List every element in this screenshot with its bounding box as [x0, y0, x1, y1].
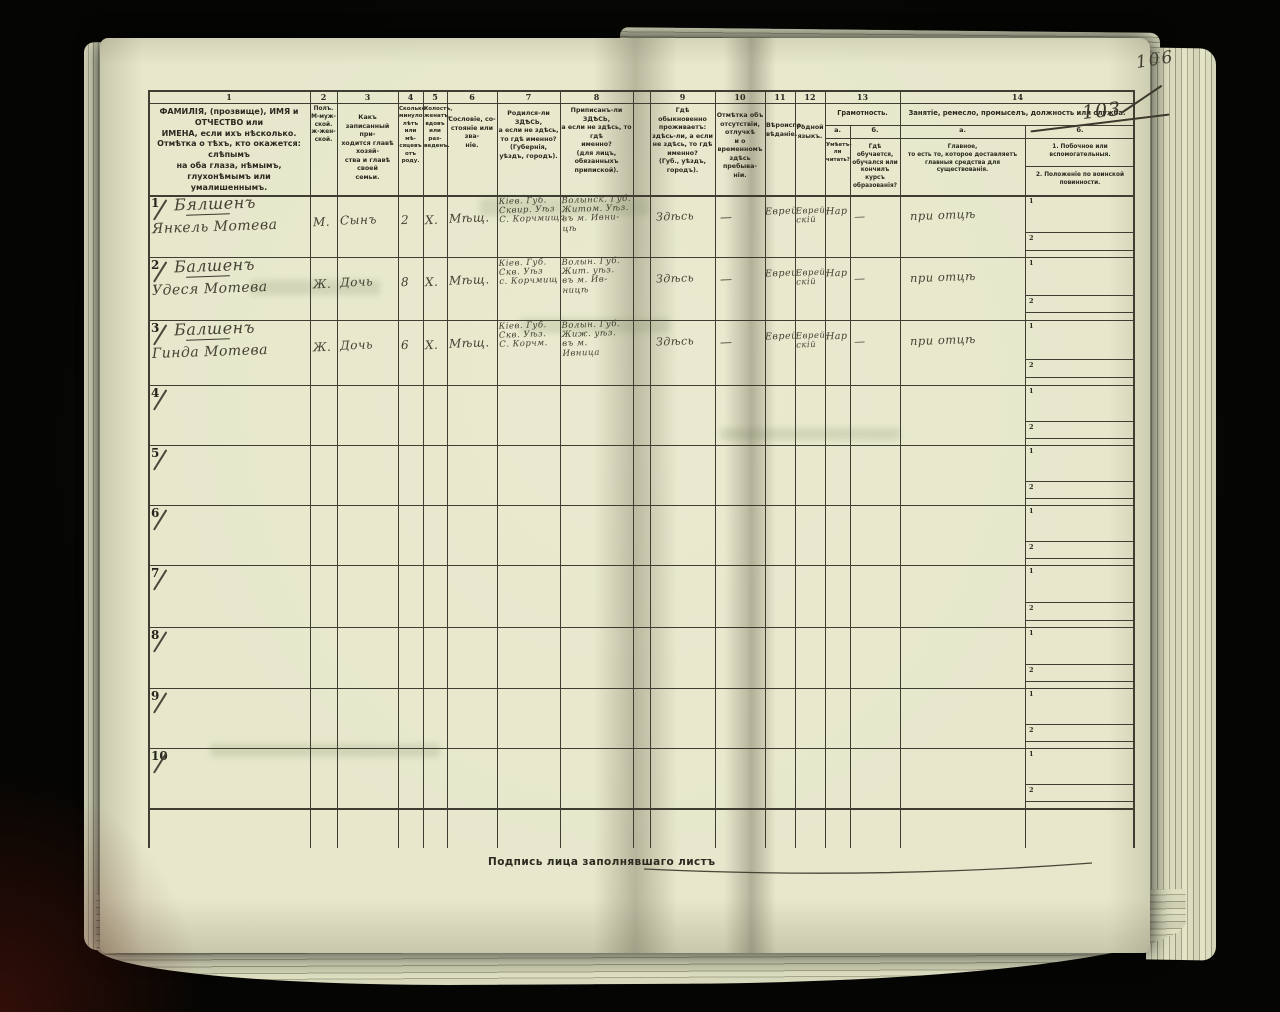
table-rule-horizontal: [148, 195, 1135, 197]
surname-underline: [186, 275, 230, 278]
occupation-subrow-number: 1: [1029, 387, 1034, 395]
occupation-subrow-number: 1: [1029, 567, 1034, 575]
column-number: 9: [650, 92, 715, 102]
census-table: 1234567891011121314ФАМИЛІЯ, (прозвище), …: [148, 90, 1135, 896]
header-name-column: ФАМИЛІЯ, (прозвище), ИМЯ и ОТЧЕСТВО или …: [152, 107, 306, 193]
header-literacy-school: Гдѣ обучается, обучался или кончилъ курс…: [852, 144, 898, 191]
table-rule-horizontal: [1025, 801, 1135, 802]
table-rule-vertical: [398, 90, 399, 848]
table-rule-horizontal: [1025, 250, 1135, 251]
entry-surname: Балшенъ: [174, 256, 255, 276]
entry-registration-place: Волынск. Губ. Житом. Уѣз. въ м. Ивни- цѣ: [561, 195, 632, 234]
table-rule-horizontal: [148, 385, 1135, 386]
table-rule-horizontal: [1025, 681, 1135, 682]
occupation-subrow-number: 1: [1029, 690, 1034, 698]
entry-birthplace: Кіев. Губ. Скв. Уѣз с. Корчмищ: [499, 258, 559, 288]
entry-occupation: при отцѣ: [910, 208, 976, 223]
row-number: 2: [151, 258, 159, 272]
header-estate-column: Сословіе, со- стояніе или зва- ніе.: [448, 116, 496, 150]
table-rule-horizontal: [148, 565, 1135, 566]
column-number: 1: [148, 92, 310, 102]
header-literacy-b-label: б.: [850, 126, 900, 135]
header-age-column: Сколько минуло лѣтъ или мѣ- сяцевъ отъ р…: [399, 106, 422, 165]
entry-estate: Мѣщ.: [449, 336, 490, 350]
occupation-subrow-number: 2: [1029, 666, 1034, 674]
occupation-subrow-number: 2: [1029, 543, 1034, 551]
entry-relation-to-head: Дочь: [340, 338, 373, 352]
table-rule-horizontal: [148, 257, 1135, 258]
occupation-subrow-number: 2: [1029, 423, 1034, 431]
surname-underline: [186, 338, 230, 341]
table-rule-horizontal: [1025, 620, 1135, 621]
column-number: 6: [447, 92, 497, 102]
table-rule-horizontal: [1025, 359, 1135, 360]
table-rule-vertical: [447, 90, 448, 848]
row-number: 8: [151, 628, 159, 642]
table-rule-vertical: [310, 90, 311, 848]
table-rule-horizontal: [1025, 558, 1135, 559]
entry-birthplace: Кіев. Губ. Скв. Уѣз. С. Корчм.: [499, 321, 549, 350]
table-rule-horizontal: [148, 320, 1135, 321]
occupation-subrow-number: 1: [1029, 507, 1034, 515]
occupation-subrow-number: 2: [1029, 726, 1034, 734]
table-rule-horizontal: [825, 138, 1135, 139]
entry-native-language: Еврей- скій: [796, 268, 830, 287]
table-rule-horizontal: [1025, 541, 1135, 542]
occupation-subrow-number: 1: [1029, 629, 1034, 637]
table-rule-horizontal: [1025, 421, 1135, 422]
table-rule-horizontal: [1025, 295, 1135, 296]
entry-education-place: —: [854, 336, 866, 348]
table-rule-horizontal: [1025, 602, 1135, 603]
row-number: 9: [151, 689, 159, 703]
table-rule-horizontal: [1025, 377, 1135, 378]
row-number: 5: [151, 446, 159, 460]
header-birthplace-column: Родился-ли ЗДѢСЬ, а если не здѣсь, то гд…: [498, 110, 559, 161]
census-form-page: 1234567891011121314ФАМИЛІЯ, (прозвище), …: [100, 38, 1150, 953]
entry-occupation: при отцѣ: [910, 270, 976, 285]
book-fold-shadow: [724, 38, 776, 953]
entry-given-name: Гинда Мотева: [152, 343, 268, 362]
table-rule-horizontal: [1025, 741, 1135, 742]
column-number: 12: [795, 92, 825, 102]
column-number: 5: [423, 92, 447, 102]
table-rule-vertical: [1025, 125, 1026, 848]
table-rule-horizontal: [148, 688, 1135, 689]
entry-sex: Ж.: [313, 341, 332, 355]
entry-relation-to-head: Сынъ: [340, 213, 377, 227]
column-number: 2: [310, 92, 337, 102]
table-rule-horizontal: [1025, 664, 1135, 665]
column-number: 4: [398, 92, 423, 102]
header-residence-column: Гдѣ обыкновенно проживаетъ: здѣсь-ли, а …: [651, 107, 714, 175]
entry-sex: М.: [313, 216, 331, 230]
row-number: 6: [151, 506, 159, 520]
entry-birthplace: Кіев. Губ. Сквир. Уѣз С. Корчмища: [499, 196, 566, 226]
header-marital-column: Холостъ, женатъ, вдовъ или раз- веденъ.: [424, 106, 446, 151]
header-literacy-group: Грамотность.: [825, 109, 900, 118]
header-literacy-read: Умѣетъ- ли читать?: [826, 142, 849, 164]
table-rule-vertical: [650, 90, 651, 848]
column-number: 8: [560, 92, 633, 102]
header-occupation-side: 1. Побочное или вспомогательныя.: [1029, 144, 1131, 160]
table-rule-vertical: [850, 125, 851, 848]
signature-blank-line: [640, 856, 1100, 878]
entry-age: 2: [401, 214, 410, 227]
header-literacy-a-label: а.: [825, 126, 850, 135]
entry-given-name: Удеся Мотева: [152, 280, 268, 299]
occupation-subrow-number: 2: [1029, 361, 1034, 369]
entry-marital-status: Х.: [425, 339, 439, 352]
row-number: 3: [151, 321, 159, 335]
table-rule-horizontal: [148, 103, 1135, 104]
header-relation-column: Какъ записанный при- ходится главѣ хозяй…: [339, 114, 396, 182]
scanned-census-book-photo: 1234567891011121314ФАМИЛІЯ, (прозвище), …: [0, 0, 1280, 1012]
header-sex-column: Полъ. М-муж- ской. ж-жен- ской.: [311, 106, 336, 145]
column-number: 13: [825, 92, 900, 102]
occupation-subrow-number: 2: [1029, 786, 1034, 794]
row-number: 7: [151, 566, 159, 580]
entry-can-read: Нар: [826, 269, 848, 280]
occupation-subrow-number: 2: [1029, 604, 1034, 612]
surname-underline: [186, 213, 230, 216]
table-rule-horizontal: [1025, 481, 1135, 482]
row-number: 4: [151, 386, 159, 400]
table-rule-vertical: [825, 90, 826, 848]
entry-surname: Бялшенъ: [174, 194, 256, 214]
entry-estate: Мѣщ.: [449, 211, 490, 225]
entry-marital-status: Х.: [425, 276, 439, 289]
table-rule-vertical: [148, 90, 150, 848]
table-rule-horizontal: [1025, 498, 1135, 499]
table-rule-vertical: [715, 90, 716, 848]
table-rule-horizontal: [148, 808, 1135, 810]
row-number: 1: [151, 196, 159, 210]
header-registration-column: Приписанъ-ли ЗДѢСЬ, а если не здѣсь, то …: [561, 107, 632, 175]
occupation-subrow-number: 1: [1029, 750, 1034, 758]
entry-registration-place: Волын. Губ. Жит. уѣз. въ м. Ив- ницѣ: [561, 257, 621, 296]
table-rule-vertical: [795, 90, 796, 848]
header-occupation-main: Главное, то есть то, которое доставляетъ…: [904, 144, 1021, 175]
entry-occupation: при отцѣ: [910, 333, 976, 348]
entry-estate: Мѣщ.: [449, 273, 490, 287]
table-rule-vertical: [633, 90, 634, 848]
entry-can-read: Нар: [826, 332, 848, 343]
table-rule-vertical: [900, 90, 901, 848]
entry-native-language: Еврей- скій: [796, 206, 830, 225]
header-occupation-a-label: а.: [900, 126, 1025, 135]
entry-given-name: Янкель Мотева: [152, 218, 278, 237]
entry-age: 6: [401, 339, 410, 352]
column-number: 3: [337, 92, 398, 102]
entry-registration-place: Волын. Губ. Жиж. уѣз. въ м. Ивница: [561, 320, 621, 359]
page-stack-right-edge: [1146, 47, 1216, 960]
table-rule-horizontal: [1025, 312, 1135, 313]
table-rule-horizontal: [1025, 232, 1135, 233]
entry-usual-residence: Здѣсь: [656, 272, 695, 285]
occupation-subrow-number: 1: [1029, 197, 1034, 205]
table-rule-horizontal: [148, 748, 1135, 749]
occupation-subrow-number: 1: [1029, 322, 1034, 330]
table-rule-vertical: [337, 90, 338, 848]
occupation-subrow-number: 2: [1029, 483, 1034, 491]
table-rule-horizontal: [1025, 784, 1135, 785]
header-language-column: Родной языкъ.: [796, 124, 824, 141]
entry-sex: Ж.: [313, 278, 332, 292]
header-occupation-military: 2. Положеніе по воинской повинности.: [1029, 172, 1131, 188]
table-rule-horizontal: [1025, 438, 1135, 439]
table-rule-horizontal: [148, 505, 1135, 506]
entry-age: 8: [401, 276, 410, 289]
entry-marital-status: Х.: [425, 214, 439, 227]
occupation-subrow-number: 2: [1029, 234, 1034, 242]
table-rule-vertical: [1133, 90, 1135, 848]
entry-education-place: —: [854, 273, 866, 285]
table-rule-horizontal: [1025, 166, 1135, 167]
entry-education-place: —: [854, 211, 866, 223]
entry-usual-residence: Здѣсь: [656, 210, 695, 223]
table-rule-vertical: [423, 90, 424, 848]
entry-can-read: Нар: [826, 207, 848, 218]
column-number: 7: [497, 92, 560, 102]
table-rule-horizontal: [148, 627, 1135, 628]
table-rule-horizontal: [148, 445, 1135, 446]
entry-relation-to-head: Дочь: [340, 275, 373, 289]
occupation-subrow-number: 2: [1029, 297, 1034, 305]
entry-native-language: Еврей- скій: [796, 331, 830, 350]
entry-surname: Балшенъ: [174, 319, 255, 339]
occupation-subrow-number: 1: [1029, 259, 1034, 267]
entry-usual-residence: Здѣсь: [656, 335, 695, 348]
occupation-subrow-number: 1: [1029, 447, 1034, 455]
table-rule-horizontal: [1025, 724, 1135, 725]
